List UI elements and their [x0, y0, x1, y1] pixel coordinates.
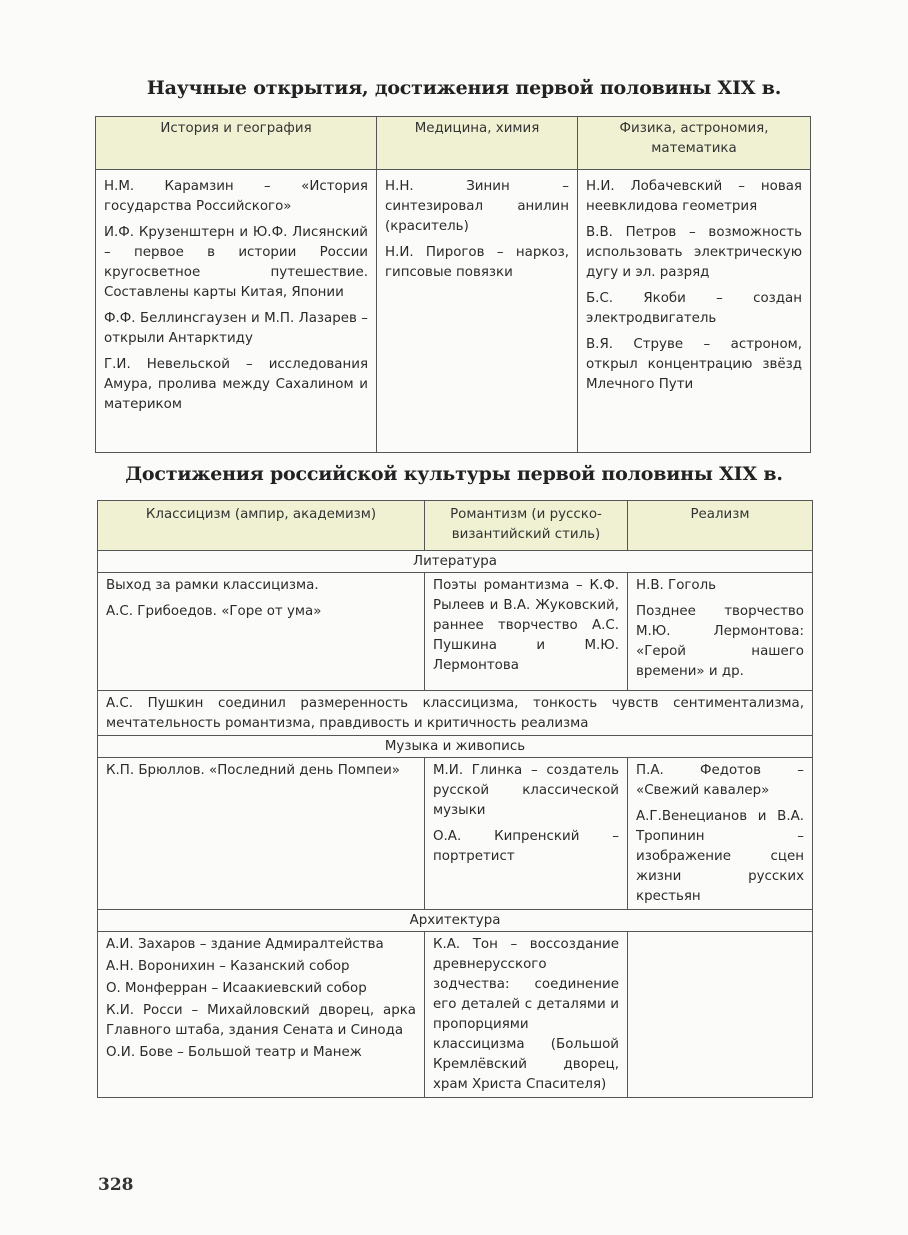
entry: Б.С. Якоби – создан электродвигатель: [586, 289, 802, 329]
table1-title: Научные открытия, достижения первой поло…: [0, 77, 908, 99]
music-painting-row: К.П. Брюллов. «Последний день Помпеи» М.…: [98, 758, 813, 910]
cell-architecture-classicism: А.И. Захаров – здание Адмиралтейства А.Н…: [98, 932, 425, 1098]
section-architecture: Архитектура: [98, 910, 813, 932]
section-music-painting: Музыка и живопись: [98, 736, 813, 758]
header-romanticism: Романтизм (и русско-византийский стиль): [425, 501, 628, 551]
entry: В.Я. Струве – астроном, открыл концентра…: [586, 335, 802, 395]
cell-physics-astronomy-math: Н.И. Лобачевский – новая неевклидова гео…: [578, 170, 811, 453]
cell-history-geography: Н.М. Карамзин – «История государства Рос…: [96, 170, 377, 453]
table1-body-row: Н.М. Карамзин – «История государства Рос…: [96, 170, 811, 453]
entry: Выход за рамки классицизма.: [106, 576, 416, 596]
cell-music-realism: П.А. Федотов – «Свежий кавалер» А.Г.Вене…: [628, 758, 813, 910]
header-history-geography: История и география: [96, 117, 377, 170]
table2-header-row: Классицизм (ампир, академизм) Романтизм …: [98, 501, 813, 551]
entry: Позднее творчество М.Ю. Лермонтова: «Гер…: [636, 602, 804, 682]
entry: Н.И. Лобачевский – новая неевклидова гео…: [586, 177, 802, 217]
section-title: Архитектура: [98, 910, 813, 932]
cell-literature-realism: Н.В. Гоголь Позднее творчество М.Ю. Лерм…: [628, 573, 813, 691]
header-classicism: Классицизм (ампир, академизм): [98, 501, 425, 551]
entry: Ф.Ф. Беллинсгаузен и М.П. Лазарев – откр…: [104, 309, 368, 349]
entry: М.И. Глинка – создатель русской классиче…: [433, 761, 619, 821]
cell-literature-romanticism: Поэты романтизма – К.Ф. Рылеев и В.А. Жу…: [425, 573, 628, 691]
entry: А.Г.Венецианов и В.А. Тропинин – изображ…: [636, 807, 804, 907]
literature-note-row: А.С. Пушкин соединил размеренность класс…: [98, 691, 813, 736]
entry: О.И. Бове – Большой театр и Манеж: [106, 1043, 416, 1063]
cell-medicine-chemistry: Н.Н. Зинин – синтезировал анилин (красит…: [377, 170, 578, 453]
entry: И.Ф. Крузенштерн и Ю.Ф. Лисянский – перв…: [104, 223, 368, 303]
entry: П.А. Федотов – «Свежий кавалер»: [636, 761, 804, 801]
entry: Поэты романтизма – К.Ф. Рылеев и В.А. Жу…: [433, 576, 619, 676]
architecture-row: А.И. Захаров – здание Адмиралтейства А.Н…: [98, 932, 813, 1098]
entry: К.А. Тон – воссоздание древнерусского зо…: [433, 935, 619, 1095]
section-title: Музыка и живопись: [98, 736, 813, 758]
entry: Н.Н. Зинин – синтезировал анилин (красит…: [385, 177, 569, 237]
page-number: 328: [98, 1175, 134, 1195]
cell-music-classicism: К.П. Брюллов. «Последний день Помпеи»: [98, 758, 425, 910]
header-physics-astronomy-math: Физика, астрономия, математика: [578, 117, 811, 170]
entry: А.И. Захаров – здание Адмиралтейства: [106, 935, 416, 955]
entry: О. Монферран – Исаакиевский собор: [106, 979, 416, 999]
entry: О.А. Кипренский – портретист: [433, 827, 619, 867]
science-achievements-table: История и география Медицина, химия Физи…: [95, 116, 811, 453]
cell-architecture-romanticism: К.А. Тон – воссоздание древнерусского зо…: [425, 932, 628, 1098]
entry: Н.М. Карамзин – «История государства Рос…: [104, 177, 368, 217]
culture-achievements-table: Классицизм (ампир, академизм) Романтизм …: [97, 500, 813, 1098]
table2-title: Достижения российской культуры первой по…: [0, 463, 908, 485]
cell-architecture-realism-empty: [628, 932, 813, 1098]
section-title: Литература: [98, 551, 813, 573]
pushkin-note: А.С. Пушкин соединил размеренность класс…: [98, 691, 813, 736]
entry: К.П. Брюллов. «Последний день Помпеи»: [106, 761, 416, 781]
entry: А.Н. Воронихин – Казанский собор: [106, 957, 416, 977]
header-realism: Реализм: [628, 501, 813, 551]
entry: Н.В. Гоголь: [636, 576, 804, 596]
table1-header-row: История и география Медицина, химия Физи…: [96, 117, 811, 170]
cell-literature-classicism: Выход за рамки классицизма. А.С. Грибоед…: [98, 573, 425, 691]
entry: Г.И. Невельской – исследования Амура, пр…: [104, 355, 368, 415]
entry: А.С. Грибоедов. «Горе от ума»: [106, 602, 416, 622]
literature-row: Выход за рамки классицизма. А.С. Грибоед…: [98, 573, 813, 691]
entry: В.В. Петров – возможность использовать э…: [586, 223, 802, 283]
cell-music-romanticism: М.И. Глинка – создатель русской классиче…: [425, 758, 628, 910]
entry: К.И. Росси – Михайловский дворец, арка Г…: [106, 1001, 416, 1041]
entry: Н.И. Пирогов – наркоз, гипсовые повязки: [385, 243, 569, 283]
section-literature: Литература: [98, 551, 813, 573]
header-medicine-chemistry: Медицина, химия: [377, 117, 578, 170]
